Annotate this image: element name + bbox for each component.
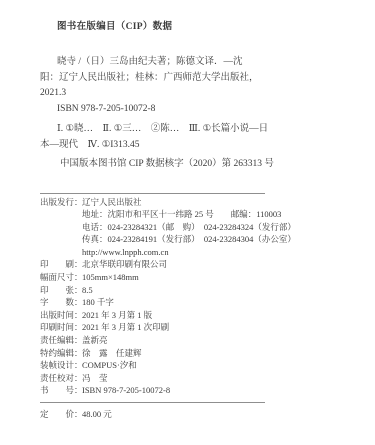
row-label: 印 张： bbox=[40, 284, 82, 297]
colophon-page: 图书在版编目（CIP）数据 晓寺 /（日）三岛由纪夫著；陈德文译．—沈 阳：辽宁… bbox=[0, 0, 375, 445]
colophon-row: 字 数：180 千字 bbox=[40, 296, 375, 309]
colophon-row: 幅面尺寸：105mm×148mm bbox=[40, 271, 375, 284]
price-row: 定 价：48.00 元 bbox=[40, 408, 375, 421]
colophon-row: 电话：024-23284321（邮 购） 024-23284324（发行部） bbox=[40, 221, 375, 234]
row-value: 180 千字 bbox=[82, 296, 114, 309]
cip-registry: 中国版本图书馆 CIP 数据核字（2020）第 263313 号 bbox=[40, 157, 345, 173]
classification-line: Ⅰ. ①晓… Ⅱ. ①三… ②陈… Ⅲ. ①长篇小说—日 bbox=[40, 122, 345, 138]
colophon-row: 责任校对：冯 莹 bbox=[40, 372, 375, 385]
colophon-row: http://www.lnpph.com.cn bbox=[40, 246, 375, 259]
colophon-row: 出版时间：2021 年 3 月第 1 版 bbox=[40, 309, 375, 322]
row-value: 盖新亮 bbox=[82, 334, 108, 347]
isbn-value: ISBN 978-7-205-10072-8 bbox=[82, 384, 170, 397]
row-value: 徐 露 任建辉 bbox=[82, 347, 142, 360]
row-label: 装帧设计： bbox=[40, 359, 82, 372]
price-label: 定 价： bbox=[40, 408, 82, 421]
row-label: 责任校对： bbox=[40, 372, 82, 385]
row-label: 出版时间： bbox=[40, 309, 82, 322]
row-label: 印刷时间： bbox=[40, 321, 82, 334]
row-value: 电话：024-23284321（邮 购） 024-23284324（发行部） bbox=[82, 221, 296, 234]
row-label bbox=[40, 246, 82, 259]
row-label: 字 数： bbox=[40, 296, 82, 309]
row-label bbox=[40, 233, 82, 246]
colophon-row: 传真：024-23284191（发行部） 024-23284304（办公室） bbox=[40, 233, 375, 246]
row-value: 冯 莹 bbox=[82, 372, 108, 385]
colophon-block: 出版发行：辽宁人民出版社 地址：沈阳市和平区十一纬路 25 号 邮编：11000… bbox=[0, 196, 375, 398]
row-label bbox=[40, 221, 82, 234]
cip-classification: Ⅰ. ①晓… Ⅱ. ①三… ②陈… Ⅲ. ①长篇小说—日 本—现代 Ⅳ. ①I3… bbox=[40, 122, 345, 153]
colophon-row: 出版发行：辽宁人民出版社 bbox=[40, 196, 375, 209]
row-label: 幅面尺寸： bbox=[40, 271, 82, 284]
row-label: 出版发行： bbox=[40, 196, 82, 209]
row-value: 2021 年 3 月第 1 次印刷 bbox=[82, 321, 169, 334]
colophon-row: 印 张：8.5 bbox=[40, 284, 375, 297]
row-value: 北京华联印刷有限公司 bbox=[82, 258, 167, 271]
row-value: 105mm×148mm bbox=[82, 271, 139, 284]
row-value: 8.5 bbox=[82, 284, 93, 297]
colophon-row: 地址：沈阳市和平区十一纬路 25 号 邮编：110003 bbox=[40, 208, 375, 221]
row-label bbox=[40, 208, 82, 221]
divider-top bbox=[40, 193, 265, 194]
row-value: 地址：沈阳市和平区十一纬路 25 号 邮编：110003 bbox=[82, 208, 281, 221]
row-label: 责任编辑： bbox=[40, 334, 82, 347]
row-value: COMPUS·汐和 bbox=[82, 359, 137, 372]
colophon-row: 印刷时间：2021 年 3 月第 1 次印刷 bbox=[40, 321, 375, 334]
publisher-url: http://www.lnpph.com.cn bbox=[82, 246, 169, 259]
row-label: 特约编辑： bbox=[40, 347, 82, 360]
cip-record-line: 晓寺 /（日）三岛由纪夫著；陈德文译．—沈 bbox=[40, 55, 345, 71]
colophon-row: 装帧设计：COMPUS·汐和 bbox=[40, 359, 375, 372]
colophon-row: 书 号：ISBN 978-7-205-10072-8 bbox=[40, 384, 375, 397]
row-label: 书 号： bbox=[40, 384, 82, 397]
divider-bottom bbox=[40, 402, 265, 403]
cip-isbn: ISBN 978-7-205-10072-8 bbox=[40, 102, 345, 118]
classification-line: 本—现代 Ⅳ. ①I313.45 bbox=[40, 138, 345, 154]
colophon-row: 印 刷：北京华联印刷有限公司 bbox=[40, 258, 375, 271]
cip-record-line: 2021.3 bbox=[40, 86, 345, 102]
row-value: 2021 年 3 月第 1 版 bbox=[82, 309, 152, 322]
cip-record-line: 阳：辽宁人民出版社；桂林：广西师范大学出版社， bbox=[40, 71, 345, 87]
price-value: 48.00 元 bbox=[82, 408, 112, 421]
row-value: 传真：024-23284191（发行部） 024-23284304（办公室） bbox=[82, 233, 296, 246]
colophon-row: 责任编辑：盖新亮 bbox=[40, 334, 375, 347]
row-value: 辽宁人民出版社 bbox=[82, 196, 142, 209]
cip-record: 晓寺 /（日）三岛由纪夫著；陈德文译．—沈 阳：辽宁人民出版社；桂林：广西师范大… bbox=[40, 55, 345, 117]
colophon-row: 特约编辑：徐 露 任建辉 bbox=[40, 347, 375, 360]
cip-header: 图书在版编目（CIP）数据 bbox=[57, 22, 375, 33]
row-label: 印 刷： bbox=[40, 258, 82, 271]
